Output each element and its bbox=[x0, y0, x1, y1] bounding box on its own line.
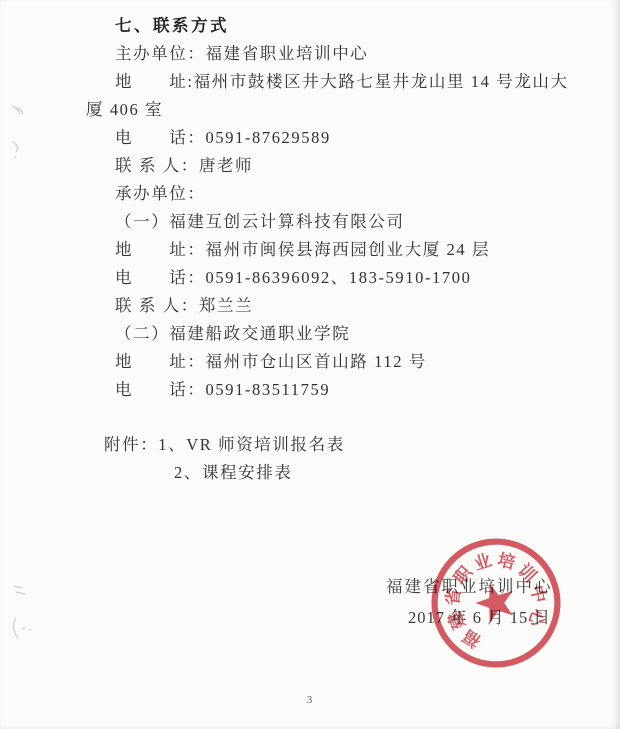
page-number: 3 bbox=[0, 694, 620, 706]
section-heading: 七、联系方式 bbox=[86, 12, 592, 40]
co-organizer-1: （一）福建互创云计算科技有限公司 bbox=[86, 208, 592, 236]
attachment-item-2: 2、课程安排表 bbox=[104, 459, 345, 487]
seal-char: 业 bbox=[472, 550, 495, 574]
co-organizer-2: （二）福建船政交通职业学院 bbox=[86, 320, 592, 348]
pencil-mark bbox=[10, 580, 34, 600]
co-organizer-label: 承办单位： bbox=[86, 180, 592, 208]
attachment-item-1: 附件：1、VR 师资培训报名表 bbox=[104, 431, 345, 459]
seal-char: 培 bbox=[496, 549, 518, 573]
contact-section: 七、联系方式 主办单位：福建省职业培训中心 地 址:福州市鼓楼区井大路七星井龙山… bbox=[86, 12, 592, 404]
seal-char: 福 bbox=[459, 626, 485, 653]
address-line: 地 址：福州市仓山区首山路 112 号 bbox=[86, 348, 592, 376]
phone-line: 电 话：0591-87629589 bbox=[86, 124, 592, 152]
organizer-line: 主办单位：福建省职业培训中心 bbox=[86, 40, 592, 68]
address-line: 地 址:福州市鼓楼区井大路七星井龙山里 14 号龙山大 bbox=[86, 68, 592, 96]
contact-person-line: 联 系 人：唐老师 bbox=[86, 152, 592, 180]
pencil-mark bbox=[8, 100, 30, 122]
signature-block: 福建省职业培训中心 2017 年 6 月 15 日 bbox=[386, 576, 553, 629]
phone-line: 电 话：0591-86396092、183-5910-1700 bbox=[86, 264, 592, 292]
pencil-mark bbox=[6, 614, 40, 644]
issue-date: 2017 年 6 月 15 日 bbox=[386, 607, 553, 629]
contact-person-line: 联 系 人：郑兰兰 bbox=[86, 292, 592, 320]
address-line-wrap: 厦 406 室 bbox=[86, 96, 592, 124]
phone-line: 电 话：0591-83511759 bbox=[86, 376, 592, 404]
document-page: 七、联系方式 主办单位：福建省职业培训中心 地 址:福州市鼓楼区井大路七星井龙山… bbox=[0, 0, 620, 729]
issuing-organization: 福建省职业培训中心 bbox=[386, 576, 553, 598]
attachments-block: 附件：1、VR 师资培训报名表 2、课程安排表 bbox=[104, 431, 345, 487]
address-line: 地 址：福州市闽侯县海西园创业大厦 24 层 bbox=[86, 236, 592, 264]
pencil-mark bbox=[6, 138, 28, 164]
